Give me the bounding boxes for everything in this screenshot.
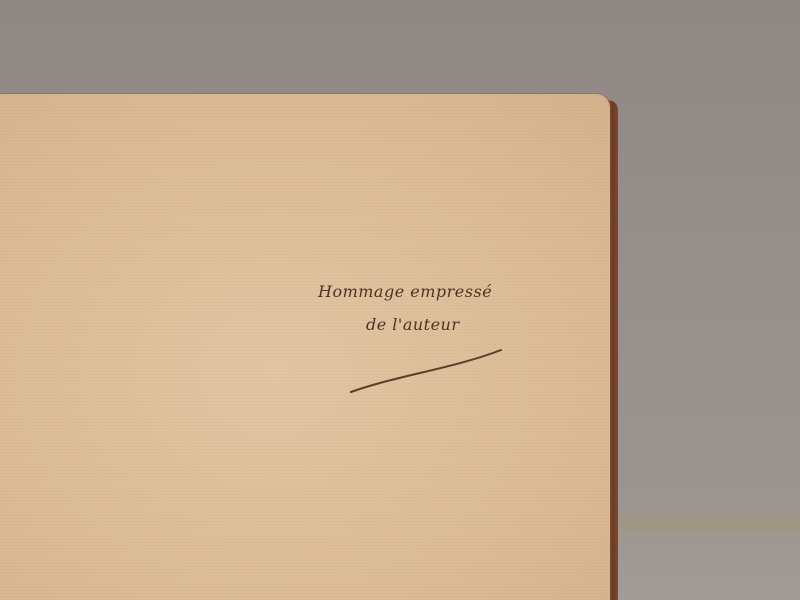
signature-flourish [345, 340, 515, 400]
dedication-line-1: Hommage empressé [318, 282, 492, 301]
background-shelf [620, 508, 800, 538]
dedication-line-2: de l'auteur [366, 315, 492, 334]
handwritten-dedication: Hommage empressé de l'auteur [318, 282, 492, 334]
book-page [0, 94, 610, 600]
